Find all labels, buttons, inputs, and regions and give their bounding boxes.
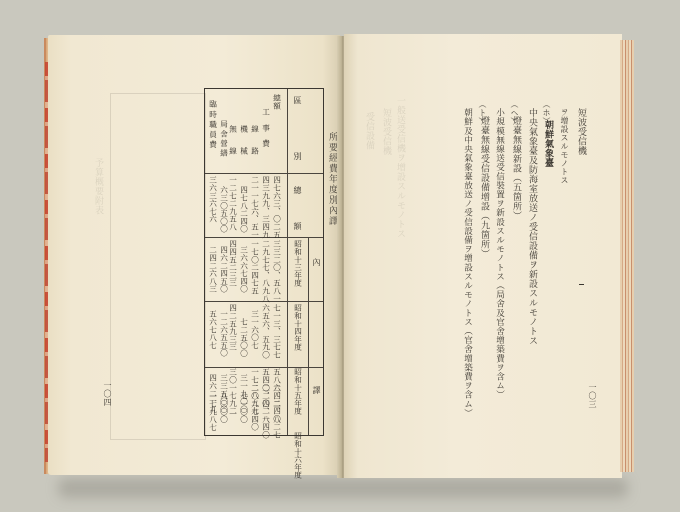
right-page-number: 一〇三 bbox=[588, 383, 596, 409]
line-lighthouse-receiver-increase: 燈臺無線受信設備增設（九箇所） bbox=[479, 116, 488, 259]
cell-wireless-y13: 四四五二三三 bbox=[229, 240, 237, 287]
header-total-bottom: 額 bbox=[293, 222, 301, 231]
cell-lines-y14: 三一六〇七 bbox=[251, 310, 259, 349]
row-label-machinery: 機械 bbox=[240, 125, 248, 168]
cell-construction-y13: 二九七七、八九八 bbox=[262, 240, 270, 302]
line-central-meteorological: 中央氣象臺及防海室放送ノ受信設備ヲ新設スルモノトス bbox=[527, 108, 536, 346]
bleed-through-text-2: 短波受信機 bbox=[381, 108, 390, 156]
breakdown-label-top: 內 bbox=[312, 258, 320, 267]
bleed-through-text-1: 一般送受信機ヲ增設スルモノトス bbox=[395, 96, 404, 239]
cell-wireless-y16: 一 bbox=[229, 410, 237, 418]
row-label-wireless: 無線 bbox=[229, 125, 237, 168]
cell-machinery-total: 四七八二四〇 bbox=[240, 186, 248, 233]
cell-wireless-y15: 三〇一七九二 bbox=[229, 368, 237, 415]
cell-lines-y13: 一七〇二四七五 bbox=[251, 240, 259, 295]
cell-construction-y16: 二二四、八四〇 bbox=[262, 384, 270, 439]
bleed-through-table bbox=[110, 93, 206, 440]
left-page-number: 一〇四 bbox=[103, 381, 111, 407]
line-small-scale-wireless: 小規模無線送受信裝置ヲ新設スルモノトス（局舍及官舍增築費ヲ含ム） bbox=[495, 108, 504, 399]
row-label-construction: 工事費 bbox=[262, 108, 270, 155]
section-dash bbox=[579, 284, 584, 285]
header-betsu: 別 bbox=[293, 152, 301, 161]
cell-total-y13: 三三二〇、五八一 bbox=[273, 240, 281, 302]
cell-buildings-y16: 八〇〇〇 bbox=[220, 392, 228, 423]
line-chosen-meteorological: 朝鮮氣象臺 bbox=[543, 120, 552, 168]
cell-temp-staff-y16: 一七九八七 bbox=[209, 392, 217, 431]
cell-temp-staff-y14: 五六七八七 bbox=[209, 310, 217, 349]
cell-total-y16: 二四二、八二七 bbox=[273, 384, 281, 439]
cell-buildings-total: 六三〇五〇〇 bbox=[220, 186, 228, 233]
line-lighthouse-wireless-new: 燈臺無線新設（五箇所） bbox=[511, 116, 520, 221]
cell-construction-total: 四三九九、三四九 bbox=[262, 176, 270, 238]
cell-lines-total: 二一一七六、五一 bbox=[251, 176, 259, 238]
right-page-edge bbox=[620, 40, 634, 472]
open-book: 予算概要附表 一〇四 所要經費年度別內譯 區 別 總 額 內 譯 昭和十三年度 … bbox=[0, 0, 680, 512]
cell-buildings-y13: 四六二四五〇 bbox=[220, 246, 228, 293]
breakdown-label-bottom: 譯 bbox=[312, 386, 320, 395]
row-label-buildings: 局舍營繕 bbox=[220, 120, 228, 158]
cell-buildings-y14: 一二六五五〇 bbox=[220, 310, 228, 357]
year-header-15: 昭和十五年度 bbox=[294, 368, 302, 415]
header-qu: 區 bbox=[293, 96, 301, 105]
bleed-through-title: 予算概要附表 bbox=[93, 158, 102, 215]
cell-machinery-y13: 三六六七四〇 bbox=[240, 246, 248, 293]
line-chosen-central-broadcast: 朝鮮及中央氣象臺放送ノ受信設備ヲ增設スルモノトス（官舍增築費ヲ含ム） bbox=[463, 108, 472, 417]
cell-total-y14: 七一三、三七七 bbox=[273, 304, 281, 359]
cell-machinery-y16: 七一〇〇 bbox=[240, 392, 248, 423]
row-label-lines: 線路 bbox=[251, 125, 259, 168]
line-increase-install: ヲ增設スルモノトス bbox=[560, 108, 568, 185]
row-label-total: 總額 bbox=[273, 94, 281, 110]
row-label-temp-staff: 臨時職員費 bbox=[209, 100, 217, 151]
year-header-16: 昭和十六年度 bbox=[294, 432, 302, 479]
cell-temp-staff-total: 三六三六七六 bbox=[209, 176, 217, 223]
cell-wireless-total: 一二七二九五八 bbox=[229, 176, 237, 231]
bleed-through-text-3: 受信設備 bbox=[364, 112, 373, 150]
header-total-top: 總 bbox=[293, 186, 301, 195]
cell-machinery-y14: 七二五〇〇 bbox=[240, 318, 248, 357]
year-header-13: 昭和十三年度 bbox=[294, 240, 302, 287]
cell-total-total: 四七六三、〇二五 bbox=[273, 176, 281, 238]
table-title: 所要經費年度別內譯 bbox=[327, 132, 336, 227]
cell-wireless-y14: 四二五九三三 bbox=[229, 304, 237, 351]
cell-temp-staff-y13: 二四二六八三 bbox=[209, 246, 217, 293]
cell-lines-y16: 二〇九七四〇 bbox=[251, 384, 259, 431]
line-shortwave-receiver: 短波受信機 bbox=[576, 108, 585, 156]
cell-construction-y14: 六五六、五九〇 bbox=[262, 304, 270, 359]
year-header-14: 昭和十四年度 bbox=[294, 304, 302, 351]
